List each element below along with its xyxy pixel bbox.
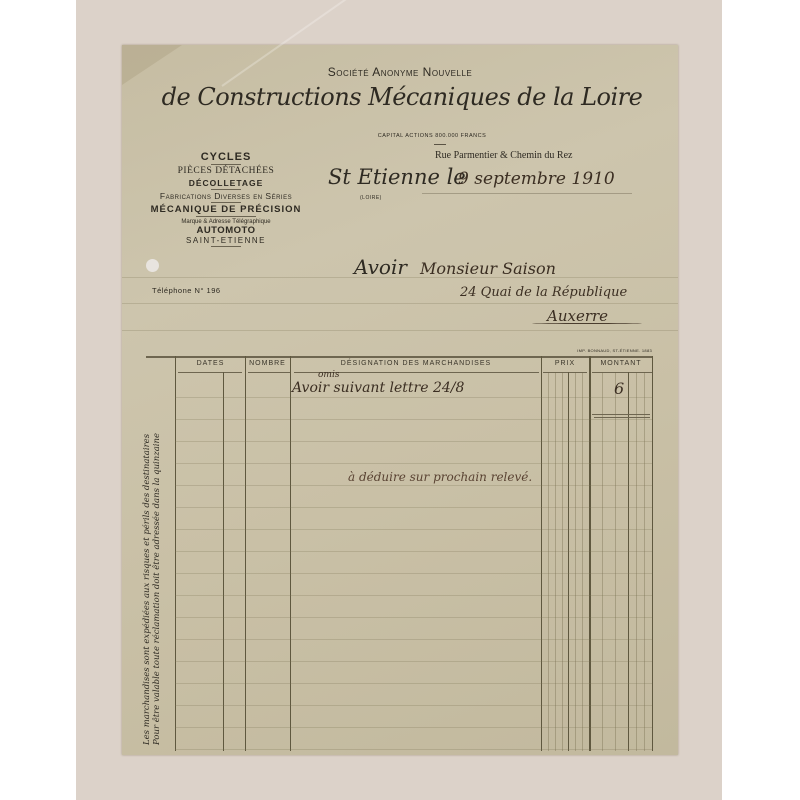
grid-line [582,372,583,751]
row-rule [175,639,652,640]
row-rule [175,507,652,508]
header-nombre: NOMBRE [245,360,290,367]
amount-total-rule [594,417,650,418]
grid-line [562,372,563,751]
region-label: (LOIRE) [360,195,382,201]
column-line [568,372,569,751]
row-rule [175,463,652,464]
header-prix: PRIX [542,360,588,367]
handwritten-note: à déduire sur prochain relevé. [348,470,532,484]
telegraph-city: SAINT-ETIENNE [136,236,316,245]
row-rule [175,441,652,442]
row-rule [175,595,652,596]
punch-hole [146,259,159,272]
grid-line [575,372,576,751]
row-rule [175,573,652,574]
grid-line [615,372,616,751]
row-rule [175,661,652,662]
telegraph-name: AUTOMOTO [136,225,316,236]
amount-total-rule [592,414,650,415]
grid-line [555,372,556,751]
header-underline [178,372,242,373]
line-item-text: Avoir suivant lettre 24/8 [292,380,464,396]
ruled-line [122,303,678,304]
street-address: Rue Parmentier & Chemin du Rez [435,150,572,161]
telephone: Téléphone N° 196 [152,286,221,295]
column-line [223,372,224,751]
header-montant: MONTANT [590,360,652,367]
margin-note-line1: Les marchandises sont expédiées aux risq… [142,385,152,745]
column-line [541,356,542,751]
row-rule [175,617,652,618]
column-line [628,372,629,751]
activity-pieces: PIÈCES DÉTACHÉES [136,166,316,176]
grid-line [644,372,645,751]
line-item-insert: omis [318,370,339,380]
invoice-paper: Société Anonyme Nouvelle de Construction… [122,45,678,755]
row-rule [175,485,652,486]
activity-fabrications: Fabrications Diverses en Séries [136,191,316,201]
header-dates: DATES [177,360,244,367]
activity-decolletage: DÉCOLLETAGE [136,178,316,188]
date-underline [422,193,632,194]
header-underline [248,372,290,373]
grid-line [636,372,637,751]
row-rule [175,419,652,420]
company-line1: Société Anonyme Nouvelle [122,65,678,79]
column-line [290,356,291,751]
row-rule [175,529,652,530]
divider [434,144,446,145]
row-rule [175,727,652,728]
line-item-amount: 6 [614,379,624,398]
recipient-street: 24 Quai de la République [460,285,627,300]
row-rule [175,705,652,706]
column-line [589,356,591,751]
handwritten-date: 9 septembre 1910 [458,169,615,189]
row-rule [175,749,652,750]
grid-line [548,372,549,751]
margin-note: Les marchandises sont expédiées aux risq… [142,385,162,745]
recipient-name: Monsieur Saison [420,259,556,278]
column-line [652,356,653,751]
activities-block: CYCLES PIÈCES DÉTACHÉES DÉCOLLETAGE Fabr… [136,151,316,248]
row-rule [175,683,652,684]
city-underline [532,323,642,324]
printer-tag: IMP. BONNAUD, ST-ÉTIENNE. 1883 [577,348,652,353]
table-top-rule [146,356,652,358]
header-underline [592,372,652,373]
city-printed: St Etienne le [328,165,466,189]
company-name: de Constructions Mécaniques de la Loire [152,83,652,111]
header-underline [543,372,587,373]
ruled-line [122,277,678,278]
row-rule [175,551,652,552]
row-rule [175,397,652,398]
header-designation: DÉSIGNATION DES MARCHANDISES [292,360,540,367]
column-line [245,356,246,751]
recipient-prefix: Avoir [354,255,407,279]
ruled-line [122,330,678,331]
activity-mecanique: MÉCANIQUE DE PRÉCISION [136,204,316,215]
activity-cycles: CYCLES [136,151,316,163]
capital-text: CAPITAL ACTIONS 800.000 FRANCS [352,133,512,139]
margin-note-line2: Pour être valable toute réclamation doit… [152,385,162,745]
column-line [175,356,176,751]
grid-line [602,372,603,751]
